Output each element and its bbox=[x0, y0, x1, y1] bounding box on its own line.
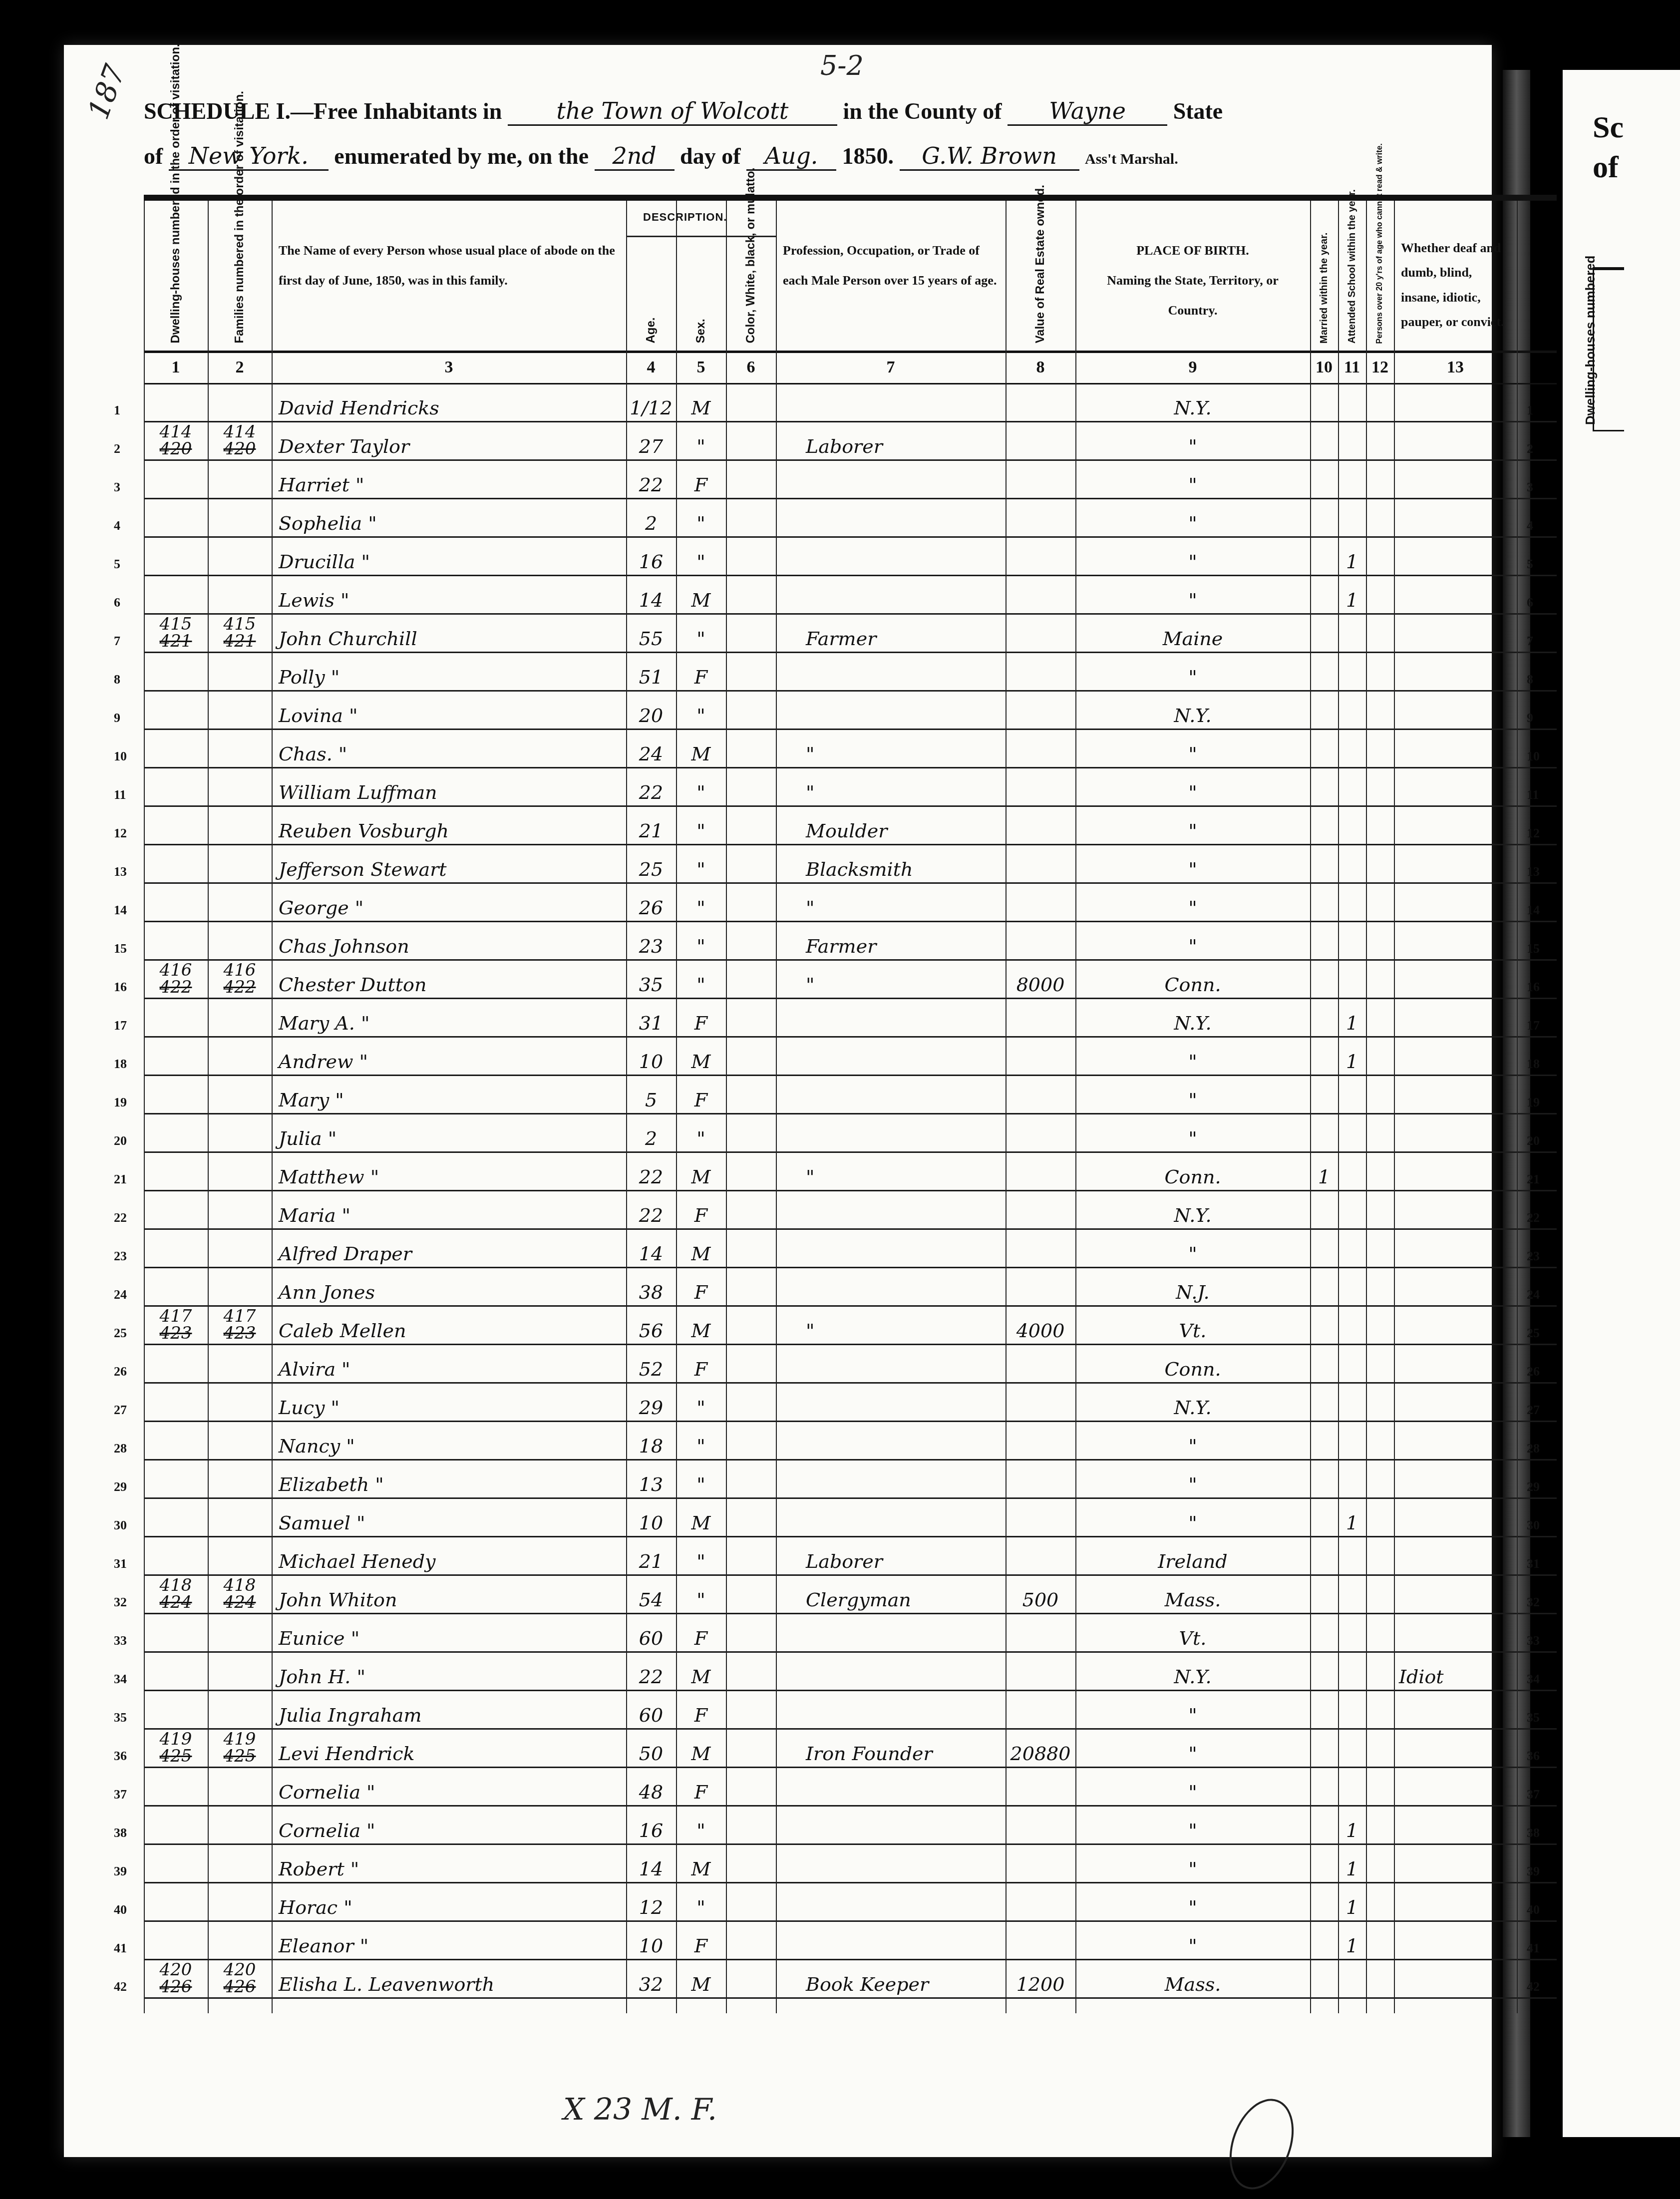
circled-mark bbox=[1218, 2090, 1305, 2198]
sex: " bbox=[676, 1397, 726, 1419]
header-dwelling: Dwelling-houses numbered in the order of… bbox=[144, 201, 208, 351]
line-number: 1 bbox=[1527, 403, 1533, 418]
line-number: 20 bbox=[1527, 1133, 1540, 1148]
line-number: 37 bbox=[1527, 1787, 1540, 1802]
sex: " bbox=[676, 1589, 726, 1611]
age: 1/12 bbox=[626, 397, 676, 419]
column-number: 11 bbox=[1338, 358, 1366, 377]
married-mark: 1 bbox=[1310, 1166, 1338, 1188]
header-birthplace: PLACE OF BIRTH.Naming the State, Territo… bbox=[1075, 201, 1310, 351]
occupation: " bbox=[806, 974, 814, 996]
birthplace: " bbox=[1075, 1858, 1310, 1880]
occupation: " bbox=[806, 897, 814, 919]
age: 50 bbox=[626, 1743, 676, 1765]
sex: M bbox=[676, 1743, 726, 1765]
table-row: 2525417423417423Caleb Mellen56M"4000Vt. bbox=[144, 1307, 1557, 1345]
county-field: Wayne bbox=[1008, 97, 1167, 126]
year: 1850. bbox=[842, 143, 894, 169]
line-number: 8 bbox=[1527, 672, 1533, 687]
person-name: Chas Johnson bbox=[279, 935, 409, 957]
header-illiterate: Persons over 20 y'rs of age who cannot r… bbox=[1366, 201, 1394, 351]
sex: M bbox=[676, 589, 726, 611]
school-mark: 1 bbox=[1338, 1051, 1366, 1073]
school-mark: 1 bbox=[1338, 1896, 1366, 1918]
age: 14 bbox=[626, 589, 676, 611]
age: 14 bbox=[626, 1243, 676, 1265]
header-school: Attended School within the year. bbox=[1338, 201, 1366, 351]
line-number: 19 bbox=[1527, 1095, 1540, 1110]
sex: F bbox=[676, 1281, 726, 1303]
person-name: Matthew " bbox=[279, 1166, 379, 1188]
person-name: Alfred Draper bbox=[279, 1243, 412, 1265]
age: 22 bbox=[626, 1204, 676, 1226]
school-mark: 1 bbox=[1338, 1012, 1366, 1034]
birthplace: " bbox=[1075, 474, 1310, 496]
birthplace: " bbox=[1075, 1435, 1310, 1457]
census-page: 5-2 187 SCHEDULE I.—Free Inhabitants in … bbox=[64, 45, 1492, 2157]
birthplace: Ireland bbox=[1075, 1550, 1310, 1572]
sex: M bbox=[676, 1320, 726, 1342]
birthplace: Mass. bbox=[1075, 1973, 1310, 1995]
sex: M bbox=[676, 1858, 726, 1880]
person-name: Julia Ingraham bbox=[279, 1704, 422, 1726]
age: 24 bbox=[626, 743, 676, 765]
enumerated-label: enumerated by me, on the bbox=[334, 143, 589, 169]
person-name: John Whiton bbox=[279, 1589, 397, 1611]
birthplace: " bbox=[1075, 1512, 1310, 1534]
sex: " bbox=[676, 820, 726, 842]
line-number: 42 bbox=[114, 1979, 127, 1994]
sex: " bbox=[676, 628, 726, 650]
line-number: 2 bbox=[1527, 441, 1533, 456]
sex: F bbox=[676, 666, 726, 688]
birthplace: Conn. bbox=[1075, 1358, 1310, 1380]
line-number: 21 bbox=[1527, 1172, 1540, 1187]
birthplace: Vt. bbox=[1075, 1627, 1310, 1649]
occupation: " bbox=[806, 781, 814, 803]
column-number: 4 bbox=[626, 358, 676, 377]
line-number: 14 bbox=[114, 903, 127, 918]
age: 51 bbox=[626, 666, 676, 688]
age: 14 bbox=[626, 1858, 676, 1880]
sex: F bbox=[676, 1935, 726, 1957]
column-number: 7 bbox=[776, 358, 1006, 377]
school-mark: 1 bbox=[1338, 1820, 1366, 1841]
table-row: 2828Nancy "18"" bbox=[144, 1423, 1557, 1461]
age: 60 bbox=[626, 1704, 676, 1726]
line-number: 5 bbox=[1527, 557, 1533, 572]
age: 31 bbox=[626, 1012, 676, 1034]
line-number: 16 bbox=[1527, 980, 1540, 995]
birthplace: " bbox=[1075, 743, 1310, 765]
sex: M bbox=[676, 1666, 726, 1688]
line-number: 15 bbox=[1527, 941, 1540, 956]
line-number: 26 bbox=[114, 1364, 127, 1379]
school-mark: 1 bbox=[1338, 1935, 1366, 1957]
header-family: Families numbered in the order of visita… bbox=[208, 201, 272, 351]
header-real-estate: Value of Real Estate owned. bbox=[1006, 201, 1075, 351]
table-row: 1414George "26""" bbox=[144, 884, 1557, 922]
condition: Idiot bbox=[1399, 1666, 1444, 1688]
table-row: 3434John H. "22MN.Y.Idiot bbox=[144, 1653, 1557, 1691]
line-number: 6 bbox=[1527, 595, 1533, 610]
birthplace: Maine bbox=[1075, 628, 1310, 650]
line-number: 15 bbox=[114, 941, 127, 956]
place-field: the Town of Wolcott bbox=[508, 97, 837, 126]
table-row: 55Drucilla "16""1 bbox=[144, 538, 1557, 576]
birthplace: " bbox=[1075, 897, 1310, 919]
header-age: Age. bbox=[626, 201, 676, 351]
line-number: 25 bbox=[1527, 1326, 1540, 1341]
table-row: 1212Reuben Vosburgh21"Moulder" bbox=[144, 807, 1557, 845]
age: 10 bbox=[626, 1512, 676, 1534]
sex: M bbox=[676, 743, 726, 765]
line-number: 24 bbox=[114, 1287, 127, 1302]
table-row: 33Harriet "22F" bbox=[144, 461, 1557, 499]
column-number: 9 bbox=[1075, 358, 1310, 377]
sex: " bbox=[676, 858, 726, 880]
line-number: 33 bbox=[114, 1633, 127, 1648]
page-number: 5-2 bbox=[820, 50, 864, 81]
line-number: 18 bbox=[1527, 1057, 1540, 1072]
dwelling-number: 419425 bbox=[144, 1731, 208, 1765]
dwelling-number: 418424 bbox=[144, 1577, 208, 1611]
birthplace: " bbox=[1075, 858, 1310, 880]
real-estate-value: 20880 bbox=[1006, 1743, 1075, 1765]
line-number: 14 bbox=[1527, 903, 1540, 918]
person-name: Polly " bbox=[279, 666, 339, 688]
sex: M bbox=[676, 1166, 726, 1188]
line-number: 13 bbox=[1527, 864, 1540, 879]
real-estate-value: 4000 bbox=[1006, 1320, 1075, 1342]
line-number: 29 bbox=[1527, 1479, 1540, 1494]
age: 22 bbox=[626, 1166, 676, 1188]
line-number: 29 bbox=[114, 1479, 127, 1494]
birthplace: N.Y. bbox=[1075, 1397, 1310, 1419]
age: 22 bbox=[626, 1666, 676, 1688]
line-number: 5 bbox=[114, 557, 120, 572]
family-number: 416422 bbox=[208, 962, 272, 996]
age: 10 bbox=[626, 1935, 676, 1957]
age: 13 bbox=[626, 1473, 676, 1495]
line-number: 30 bbox=[114, 1518, 127, 1533]
birthplace: Vt. bbox=[1075, 1320, 1310, 1342]
line-number: 19 bbox=[114, 1095, 127, 1110]
table-row: 3333Eunice "60FVt. bbox=[144, 1615, 1557, 1653]
age: 60 bbox=[626, 1627, 676, 1649]
birthplace: N.J. bbox=[1075, 1281, 1310, 1303]
column-number: 13 bbox=[1394, 358, 1517, 377]
county-label: in the County of bbox=[843, 98, 1002, 124]
line-number: 22 bbox=[114, 1210, 127, 1225]
table-row: 4242420426420426Elisha L. Leavenworth32M… bbox=[144, 1961, 1557, 1999]
person-name: Lewis " bbox=[279, 589, 349, 611]
marshal-label: Ass't Marshal. bbox=[1085, 151, 1178, 167]
sex: F bbox=[676, 1704, 726, 1726]
header-name: The Name of every Person whose usual pla… bbox=[272, 201, 626, 351]
column-number: 3 bbox=[272, 358, 626, 377]
person-name: Cornelia " bbox=[279, 1781, 375, 1803]
line-number: 25 bbox=[114, 1326, 127, 1341]
header-sex: Sex. bbox=[676, 201, 726, 351]
age: 21 bbox=[626, 1550, 676, 1572]
school-mark: 1 bbox=[1338, 589, 1366, 611]
header-color: Color, White, black, or mulatto. bbox=[726, 201, 776, 351]
age: 22 bbox=[626, 781, 676, 803]
header-condition: Whether deaf and dumb, blind, insane, id… bbox=[1394, 201, 1517, 351]
sex: F bbox=[676, 1627, 726, 1649]
occupation: Blacksmith bbox=[806, 858, 913, 880]
corner-annotation: 187 bbox=[81, 60, 132, 123]
column-number: 6 bbox=[726, 358, 776, 377]
marshal-signature: G.W. Brown bbox=[900, 142, 1079, 171]
day-label: day of bbox=[680, 143, 740, 169]
line-number: 11 bbox=[1527, 787, 1539, 802]
age: 12 bbox=[626, 1896, 676, 1918]
table-row: 3030Samuel "10M"1 bbox=[144, 1499, 1557, 1537]
occupation: Book Keeper bbox=[806, 1973, 929, 1995]
line-number: 11 bbox=[114, 787, 126, 802]
person-name: Jefferson Stewart bbox=[279, 858, 447, 880]
column-number: 1 bbox=[144, 358, 208, 377]
real-estate-value: 500 bbox=[1006, 1589, 1075, 1611]
line-number: 40 bbox=[114, 1902, 127, 1917]
sex: " bbox=[676, 935, 726, 957]
sex: " bbox=[676, 435, 726, 457]
table-row: 88Polly "51F" bbox=[144, 654, 1557, 692]
birthplace: " bbox=[1075, 781, 1310, 803]
occupation: Iron Founder bbox=[806, 1743, 933, 1765]
sex: " bbox=[676, 1127, 726, 1149]
table-row: 3535Julia Ingraham60F" bbox=[144, 1692, 1557, 1730]
age: 27 bbox=[626, 435, 676, 457]
line-number: 10 bbox=[114, 749, 127, 764]
age: 16 bbox=[626, 1820, 676, 1841]
sex: " bbox=[676, 1435, 726, 1457]
table-row: 77415421415421John Churchill55"FarmerMai… bbox=[144, 615, 1557, 653]
sex: F bbox=[676, 1358, 726, 1380]
real-estate-value: 1200 bbox=[1006, 1973, 1075, 1995]
adjacent-page-title: Sc bbox=[1593, 110, 1624, 145]
table-row: 4040Horac "12""1 bbox=[144, 1884, 1557, 1922]
birthplace: N.Y. bbox=[1075, 705, 1310, 727]
person-name: Julia " bbox=[279, 1127, 336, 1149]
line-number: 36 bbox=[114, 1749, 127, 1764]
dwelling-number: 414420 bbox=[144, 423, 208, 457]
age: 55 bbox=[626, 628, 676, 650]
person-name: Cornelia " bbox=[279, 1820, 375, 1841]
sex: F bbox=[676, 1012, 726, 1034]
line-number: 31 bbox=[1527, 1556, 1540, 1571]
age: 25 bbox=[626, 858, 676, 880]
sex: F bbox=[676, 1781, 726, 1803]
person-name: George " bbox=[279, 897, 363, 919]
sex: " bbox=[676, 551, 726, 573]
line-number: 34 bbox=[114, 1672, 127, 1687]
line-number: 31 bbox=[114, 1556, 127, 1571]
person-name: Nancy " bbox=[279, 1435, 355, 1457]
birthplace: " bbox=[1075, 820, 1310, 842]
person-name: Maria " bbox=[279, 1204, 350, 1226]
table-header: Dwelling-houses numbered in the order of… bbox=[144, 201, 1557, 353]
person-name: John H. " bbox=[279, 1666, 365, 1688]
line-number: 23 bbox=[1527, 1249, 1540, 1264]
line-number: 33 bbox=[1527, 1633, 1540, 1648]
line-number: 3 bbox=[114, 480, 120, 495]
age: 22 bbox=[626, 474, 676, 496]
age: 23 bbox=[626, 935, 676, 957]
column-number: 8 bbox=[1006, 358, 1075, 377]
line-number: 7 bbox=[1527, 634, 1533, 649]
line-number: 18 bbox=[114, 1057, 127, 1072]
sex: M bbox=[676, 1051, 726, 1073]
table-row: 3737Cornelia "48F" bbox=[144, 1769, 1557, 1807]
birthplace: " bbox=[1075, 1473, 1310, 1495]
person-name: Ann Jones bbox=[279, 1281, 375, 1303]
dwelling-number: 417423 bbox=[144, 1308, 208, 1342]
sex: " bbox=[676, 897, 726, 919]
table-row: 1515Chas Johnson23"Farmer" bbox=[144, 923, 1557, 961]
occupation: Farmer bbox=[806, 628, 876, 650]
column-number: 10 bbox=[1310, 358, 1338, 377]
person-name: Caleb Mellen bbox=[279, 1320, 406, 1342]
family-number: 418424 bbox=[208, 1577, 272, 1611]
sex: M bbox=[676, 1973, 726, 1995]
line-number: 35 bbox=[114, 1710, 127, 1725]
header-occupation: Profession, Occupation, or Trade of each… bbox=[776, 201, 1006, 351]
person-name: Eleanor " bbox=[279, 1935, 368, 1957]
age: 2 bbox=[626, 512, 676, 534]
person-name: Mary A. " bbox=[279, 1012, 369, 1034]
line-number: 17 bbox=[1527, 1018, 1540, 1033]
line-number: 4 bbox=[114, 518, 120, 533]
sex: " bbox=[676, 1820, 726, 1841]
table-row: 2323Alfred Draper14M" bbox=[144, 1230, 1557, 1268]
occupation: " bbox=[806, 743, 814, 765]
state-field: New York. bbox=[169, 142, 329, 171]
person-name: William Luffman bbox=[279, 781, 437, 803]
enumeration-line: of New York. enumerated by me, on the 2n… bbox=[144, 142, 1178, 171]
birthplace: Conn. bbox=[1075, 974, 1310, 996]
person-name: Elisha L. Leavenworth bbox=[279, 1973, 494, 1995]
person-name: Lovina " bbox=[279, 705, 357, 727]
person-name: John Churchill bbox=[279, 628, 417, 650]
sex: F bbox=[676, 1204, 726, 1226]
person-name: David Hendricks bbox=[279, 397, 439, 419]
person-name: Samuel " bbox=[279, 1512, 365, 1534]
line-number: 30 bbox=[1527, 1518, 1540, 1533]
line-number: 36 bbox=[1527, 1749, 1540, 1764]
person-name: Sophelia " bbox=[279, 512, 377, 534]
adjacent-page-of: of bbox=[1593, 150, 1619, 185]
table-row: 66Lewis "14M"1 bbox=[144, 577, 1557, 615]
line-number: 21 bbox=[114, 1172, 127, 1187]
table-row: 3232418424418424John Whiton54"Clergyman5… bbox=[144, 1576, 1557, 1614]
sex: " bbox=[676, 705, 726, 727]
line-number: 2 bbox=[114, 441, 120, 456]
line-number: 28 bbox=[1527, 1441, 1540, 1456]
birthplace: " bbox=[1075, 1781, 1310, 1803]
line-number: 39 bbox=[114, 1864, 127, 1879]
birthplace: " bbox=[1075, 589, 1310, 611]
table-row: 2020Julia "2"" bbox=[144, 1115, 1557, 1153]
age: 18 bbox=[626, 1435, 676, 1457]
age: 5 bbox=[626, 1089, 676, 1111]
sex: M bbox=[676, 397, 726, 419]
day-field: 2nd bbox=[595, 142, 674, 171]
person-name: Robert " bbox=[279, 1858, 359, 1880]
occupation: " bbox=[806, 1166, 814, 1188]
person-name: Alvira " bbox=[279, 1358, 350, 1380]
table-row: 2222Maria "22FN.Y. bbox=[144, 1192, 1557, 1230]
table-row: 1919Mary "5F" bbox=[144, 1077, 1557, 1114]
age: 10 bbox=[626, 1051, 676, 1073]
line-number: 8 bbox=[114, 672, 120, 687]
birthplace: " bbox=[1075, 666, 1310, 688]
adjacent-page: Sc of Dwelling-houses numbered bbox=[1563, 70, 1680, 2137]
age: 16 bbox=[626, 551, 676, 573]
line-number: 26 bbox=[1527, 1364, 1540, 1379]
table-row: 4141Eleanor "10F"1 bbox=[144, 1922, 1557, 1960]
school-mark: 1 bbox=[1338, 551, 1366, 573]
birthplace: " bbox=[1075, 551, 1310, 573]
table-row: 3939Robert "14M"1 bbox=[144, 1845, 1557, 1883]
occupation: Laborer bbox=[806, 1550, 883, 1572]
table-row: 1111William Luffman22""" bbox=[144, 769, 1557, 807]
age: 38 bbox=[626, 1281, 676, 1303]
person-name: Horac " bbox=[279, 1896, 352, 1918]
footer-annotation: X 23 M. F. bbox=[563, 2092, 717, 2127]
column-number: 5 bbox=[676, 358, 726, 377]
family-number: 414420 bbox=[208, 423, 272, 457]
person-name: Elizabeth " bbox=[279, 1473, 384, 1495]
line-number: 40 bbox=[1527, 1902, 1540, 1917]
age: 56 bbox=[626, 1320, 676, 1342]
dwelling-number: 416422 bbox=[144, 962, 208, 996]
table-row: 3838Cornelia "16""1 bbox=[144, 1807, 1557, 1845]
person-name: Mary " bbox=[279, 1089, 344, 1111]
age: 29 bbox=[626, 1397, 676, 1419]
line-number: 13 bbox=[114, 864, 127, 879]
occupation: Moulder bbox=[806, 820, 887, 842]
line-number: 16 bbox=[114, 980, 127, 995]
of-label: of bbox=[144, 143, 163, 169]
line-number: 42 bbox=[1527, 1979, 1540, 1994]
birthplace: N.Y. bbox=[1075, 1666, 1310, 1688]
schedule-title-line: SCHEDULE I.—Free Inhabitants in the Town… bbox=[144, 97, 1223, 126]
line-number: 37 bbox=[114, 1787, 127, 1802]
age: 32 bbox=[626, 1973, 676, 1995]
column-number: 2 bbox=[208, 358, 272, 377]
line-number: 24 bbox=[1527, 1287, 1540, 1302]
line-number: 12 bbox=[1527, 826, 1540, 841]
sex: F bbox=[676, 474, 726, 496]
birthplace: " bbox=[1075, 1127, 1310, 1149]
birthplace: " bbox=[1075, 1896, 1310, 1918]
age: 2 bbox=[626, 1127, 676, 1149]
birthplace: " bbox=[1075, 435, 1310, 457]
birthplace: Conn. bbox=[1075, 1166, 1310, 1188]
column-number: 12 bbox=[1366, 358, 1394, 377]
family-number: 419425 bbox=[208, 1731, 272, 1765]
family-number: 420426 bbox=[208, 1961, 272, 1995]
birthplace: " bbox=[1075, 1743, 1310, 1765]
table-row: 2424Ann Jones38FN.J. bbox=[144, 1269, 1557, 1307]
birthplace: N.Y. bbox=[1075, 1012, 1310, 1034]
sex: " bbox=[676, 974, 726, 996]
table-row: 22414420414420Dexter Taylor27"Laborer" bbox=[144, 423, 1557, 461]
age: 26 bbox=[626, 897, 676, 919]
